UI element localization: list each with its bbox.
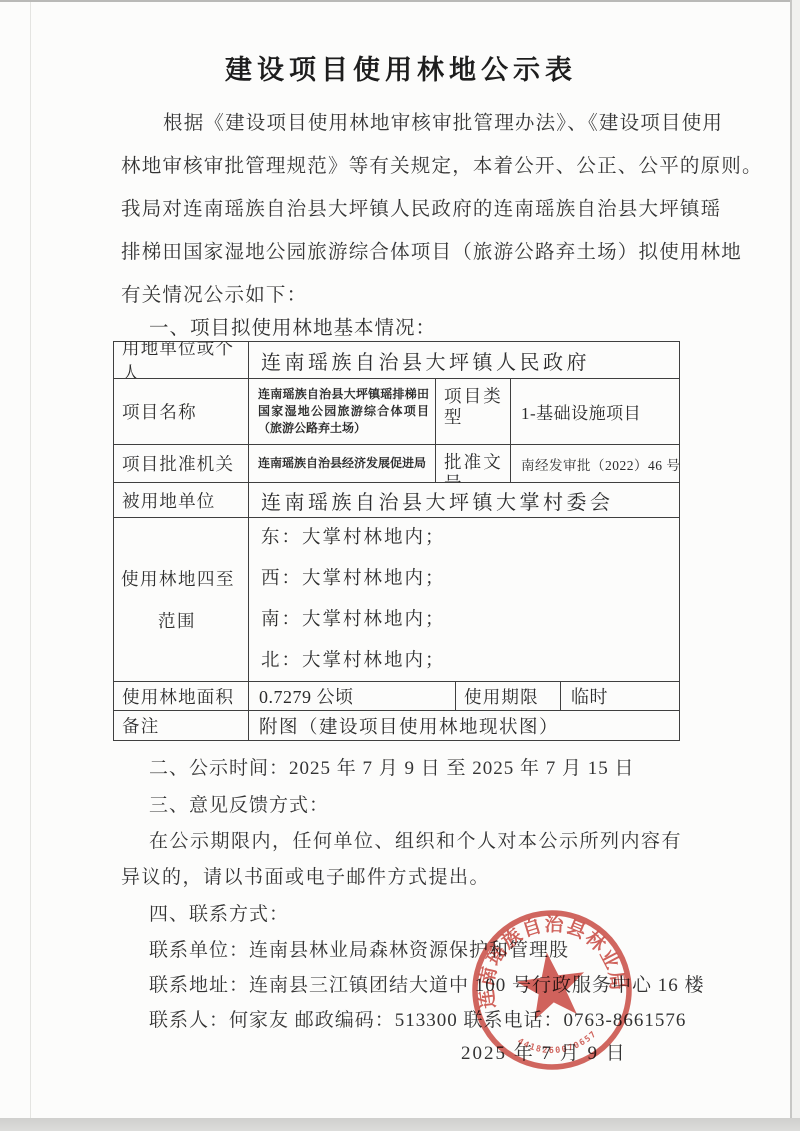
contact-address: 联系地址：连南县三江镇团结大道中 100 号行政服务中心 16 楼 xyxy=(121,968,681,1003)
row-label: 项目批准机关 xyxy=(114,451,234,476)
section3-heading: 三、意见反馈方式： xyxy=(121,787,681,824)
forest-land-info-table: 用地单位或个人 连南瑶族自治县大坪镇人民政府 项目名称 连南瑶族自治县大坪镇瑶排… xyxy=(113,341,680,741)
scan-edge-left xyxy=(30,2,31,1118)
row-label: 使用林地四至 xyxy=(114,567,235,591)
feedback-paragraph: 在公示期限内，任何单位、组织和个人对本公示所列内容有 异议的，请以书面或电子邮件… xyxy=(121,824,681,896)
document-page: 建设项目使用林地公示表 根据《建设项目使用林地审核审批管理办法》、《建设项目使用… xyxy=(0,0,800,1131)
section2-publicity-period: 二、公示时间：2025 年 7 月 9 日 至 2025 年 7 月 15 日 xyxy=(121,750,681,787)
scan-edge-bottom xyxy=(0,1118,800,1131)
table-row: 被用地单位 连南瑶族自治县大坪镇大掌村委会 xyxy=(114,482,679,517)
section4-heading: 四、联系方式： xyxy=(121,896,681,933)
section1-heading: 一、项目拟使用林地基本情况： xyxy=(121,317,681,341)
feedback-line: 异议的，请以书面或电子邮件方式提出。 xyxy=(121,860,681,896)
boundary-north: 北：大掌村林地内； xyxy=(249,641,446,682)
table-row: 用地单位或个人 连南瑶族自治县大坪镇人民政府 xyxy=(114,342,679,378)
intro-paragraph: 根据《建设项目使用林地审核审批管理办法》、《建设项目使用 林地审核审批管理规范》… xyxy=(121,102,681,317)
remark-value: 附图（建设项目使用林地现状图） xyxy=(249,713,559,739)
approval-doc-number: 南经发审批（2022）46 号 xyxy=(511,454,679,474)
scan-edge-right-fill xyxy=(792,0,800,1118)
contact-block: 联系单位：连南县林业局森林资源保护和管理股 联系地址：连南县三江镇团结大道中 1… xyxy=(121,933,681,1038)
use-term-value: 临时 xyxy=(561,683,608,709)
table-row: 备注 附图（建设项目使用林地现状图） xyxy=(114,710,679,740)
table-row: 项目批准机关 连南瑶族自治县经济发展促进局 批准文号 南经发审批（2022）46… xyxy=(114,444,679,482)
row-label: 用地单位或个人 xyxy=(114,342,248,378)
row-label: 被用地单位 xyxy=(114,488,216,513)
row-label: 备注 xyxy=(114,713,159,738)
page-title: 建设项目使用林地公示表 xyxy=(121,50,681,92)
scan-edge-right xyxy=(790,0,792,1118)
table-row: 使用林地面积 0.7279 公顷 使用期限 临时 xyxy=(114,681,679,710)
row-label: 使用林地面积 xyxy=(114,684,234,709)
project-type-value: 1-基础设施项目 xyxy=(511,399,641,424)
intro-line: 林地审核审批管理规范》等有关规定，本着公开、公正、公平的原则。 xyxy=(121,145,681,188)
intro-line: 我局对连南瑶族自治县大坪镇人民政府的连南瑶族自治县大坪镇瑶 xyxy=(121,188,681,231)
contact-unit: 联系单位：连南县林业局森林资源保护和管理股 xyxy=(121,933,681,968)
intro-line: 排梯田国家湿地公园旅游综合体项目（旅游公路弃土场）拟使用林地 xyxy=(121,231,681,274)
intro-line: 根据《建设项目使用林地审核审批管理办法》、《建设项目使用 xyxy=(121,102,681,145)
table-row: 项目名称 连南瑶族自治县大坪镇瑶排梯田国家湿地公园旅游综合体项目（旅游公路弃土场… xyxy=(114,378,679,444)
boundary-west: 西：大掌村林地内； xyxy=(249,559,446,600)
contact-person: 联系人：何家友 邮政编码：513300 联系电话：0763-8661576 xyxy=(121,1003,681,1038)
row-label: 项目名称 xyxy=(114,399,197,424)
boundary-south: 南：大掌村林地内； xyxy=(249,600,446,641)
project-name-value: 连南瑶族自治县大坪镇瑶排梯田国家湿地公园旅游综合体项目（旅游公路弃土场） xyxy=(249,382,435,441)
approval-authority-value: 连南瑶族自治县经济发展促进局 xyxy=(249,451,432,476)
row-label: 批准文号 xyxy=(436,445,510,482)
intro-line: 有关情况公示如下： xyxy=(121,274,681,317)
row-label: 范围 xyxy=(114,609,196,633)
document-content: 建设项目使用林地公示表 根据《建设项目使用林地审核审批管理办法》、《建设项目使用… xyxy=(121,0,681,1070)
row-value: 连南瑶族自治县大坪镇大掌村委会 xyxy=(249,486,614,515)
boundary-east: 东：大掌村林地内； xyxy=(249,518,446,559)
issue-date: 2025 年 7 月 9 日 xyxy=(121,1038,681,1070)
table-row: 使用林地四至 范围 东：大掌村林地内； 西：大掌村林地内； 南：大掌村林地内； … xyxy=(114,517,679,681)
forest-area-value: 0.7279 公顷 xyxy=(249,683,354,709)
row-label: 项目类型 xyxy=(436,379,510,428)
row-label: 使用期限 xyxy=(456,684,539,709)
row-value: 连南瑶族自治县大坪镇人民政府 xyxy=(249,346,590,375)
feedback-line: 在公示期限内，任何单位、组织和个人对本公示所列内容有 xyxy=(121,824,681,860)
